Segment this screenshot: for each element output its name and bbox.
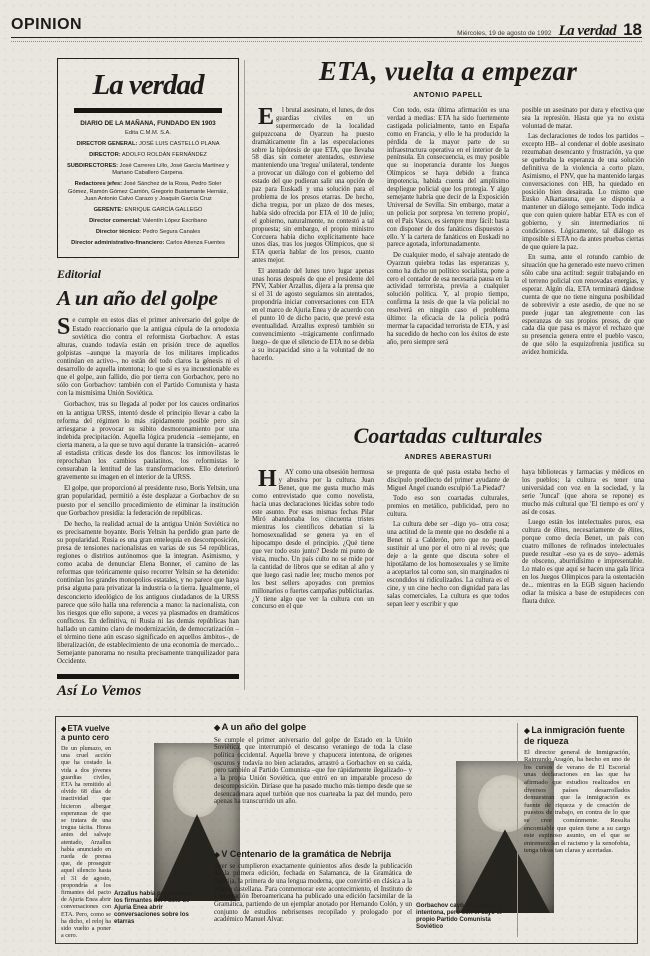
- brief-eta-vuelve: ◆ ETA vuelve a punto cero De un plumazo,…: [61, 725, 111, 937]
- staff-line: DIRECTOR: ADOLFO ROLDÁN FERNÁNDEZ: [64, 152, 232, 159]
- section-divider-bar: [57, 674, 239, 679]
- diamond-bullet-icon: ◆: [214, 850, 219, 859]
- main-articles: ETA, vuelta a empezar ANTONIO PAPELL El …: [252, 56, 644, 707]
- brief-column-rule: [517, 723, 518, 937]
- staff-line: SUBDIRECTORES: José Carreres Lillo, José…: [64, 163, 232, 178]
- date: Miércoles, 19 de agosto de 1992: [457, 30, 551, 37]
- brief-golpe: ◆ A un año del golpe Se cumple el primer…: [214, 723, 412, 847]
- staff-line: Director comercial: Valentín López Escri…: [64, 218, 232, 225]
- column-rule: [244, 60, 245, 690]
- editorial-paragraph: Gorbachov, tras su llegada al poder por …: [57, 401, 239, 482]
- eta-article-col-2: Con todo, esta última afirmación es una …: [387, 107, 509, 407]
- newspaper-page: OPINION Miércoles, 19 de agosto de 1992 …: [0, 0, 650, 956]
- editorial-paragraph: Se cumple en estos días el primer aniver…: [57, 317, 239, 398]
- editorial-body: Se cumple en estos días el primer aniver…: [57, 317, 239, 669]
- editorial-headline: A un año del golpe: [57, 286, 239, 311]
- editorial-paragraph: El golpe, que proporcionó al presidente …: [57, 485, 239, 517]
- staff-line: Redactores jefes: José Sánchez de la Ros…: [64, 181, 232, 203]
- masthead-subtitle: DIARIO DE LA MAÑANA, FUNDADO EN 1903: [64, 120, 232, 127]
- masthead-publisher: Edita C.M.M. S.A.: [64, 130, 232, 136]
- eta-article-byline: ANTONIO PAPELL: [252, 92, 644, 99]
- culture-article-col-2: se pregunta de qué pasta estaba hecho el…: [387, 469, 509, 707]
- culture-article-headline: Coartadas culturales: [252, 423, 644, 449]
- staff-line: Director técnico: Pedro Segura Canales: [64, 229, 232, 236]
- gorbachev-photo-caption: Gorbachov cayó en aquella intentona, per…: [416, 902, 514, 930]
- header-rule: [11, 37, 642, 42]
- asi-lo-vemos-box: ◆ ETA vuelve a punto cero De un plumazo,…: [55, 716, 638, 944]
- staff-line: DIRECTOR GENERAL: JOSÉ LUIS CASTELLÓ PLA…: [64, 141, 232, 148]
- culture-article-col-1: HAY como una obsesión hermosa y abusiva …: [252, 469, 374, 707]
- eta-article-col-3: posible un asesinato por dura y efectiva…: [522, 107, 644, 407]
- masthead-box: La verdad DIARIO DE LA MAÑANA, FUNDADO E…: [57, 58, 239, 258]
- brief-nebrija: ◆ V Centenario de la gramática de Nebrij…: [214, 849, 412, 939]
- arzallus-photo-caption: Arzallus había propuesto a los firmantes…: [114, 890, 200, 925]
- editorial-label: Editorial: [57, 267, 239, 282]
- left-column: La verdad DIARIO DE LA MAÑANA, FUNDADO E…: [57, 58, 239, 700]
- culture-article-col-3: haya bibliotecas y farmacias y médicos e…: [522, 469, 644, 707]
- culture-article-columns: HAY como una obsesión hermosa y abusiva …: [252, 469, 644, 707]
- section-title: OPINION: [11, 16, 82, 34]
- eta-article-columns: El brutal asesinato, el lunes, de dos gu…: [252, 107, 644, 407]
- asi-lo-vemos-title: Así Lo Vemos: [57, 683, 239, 700]
- staff-line: GERENTE: ENRIQUE GARCÍA GALLEGO: [64, 207, 232, 214]
- diamond-bullet-icon: ◆: [524, 726, 529, 735]
- editorial-paragraph: De hecho, la realidad actual de la antig…: [57, 521, 239, 667]
- staff-line: Director administrativo-financiero: Carl…: [64, 240, 232, 247]
- eta-article-headline: ETA, vuelta a empezar: [252, 56, 644, 87]
- masthead-logo: La verdad: [64, 69, 232, 102]
- brief-inmigracion: ◆ La inmigración fuente de riqueza El di…: [524, 725, 630, 937]
- eta-article-col-1: El brutal asesinato, el lunes, de dos gu…: [252, 107, 374, 407]
- diamond-bullet-icon: ◆: [61, 726, 65, 733]
- culture-article-byline: ANDRES ABERASTURI: [252, 454, 644, 461]
- diamond-bullet-icon: ◆: [214, 723, 219, 732]
- masthead-divider: [74, 108, 222, 113]
